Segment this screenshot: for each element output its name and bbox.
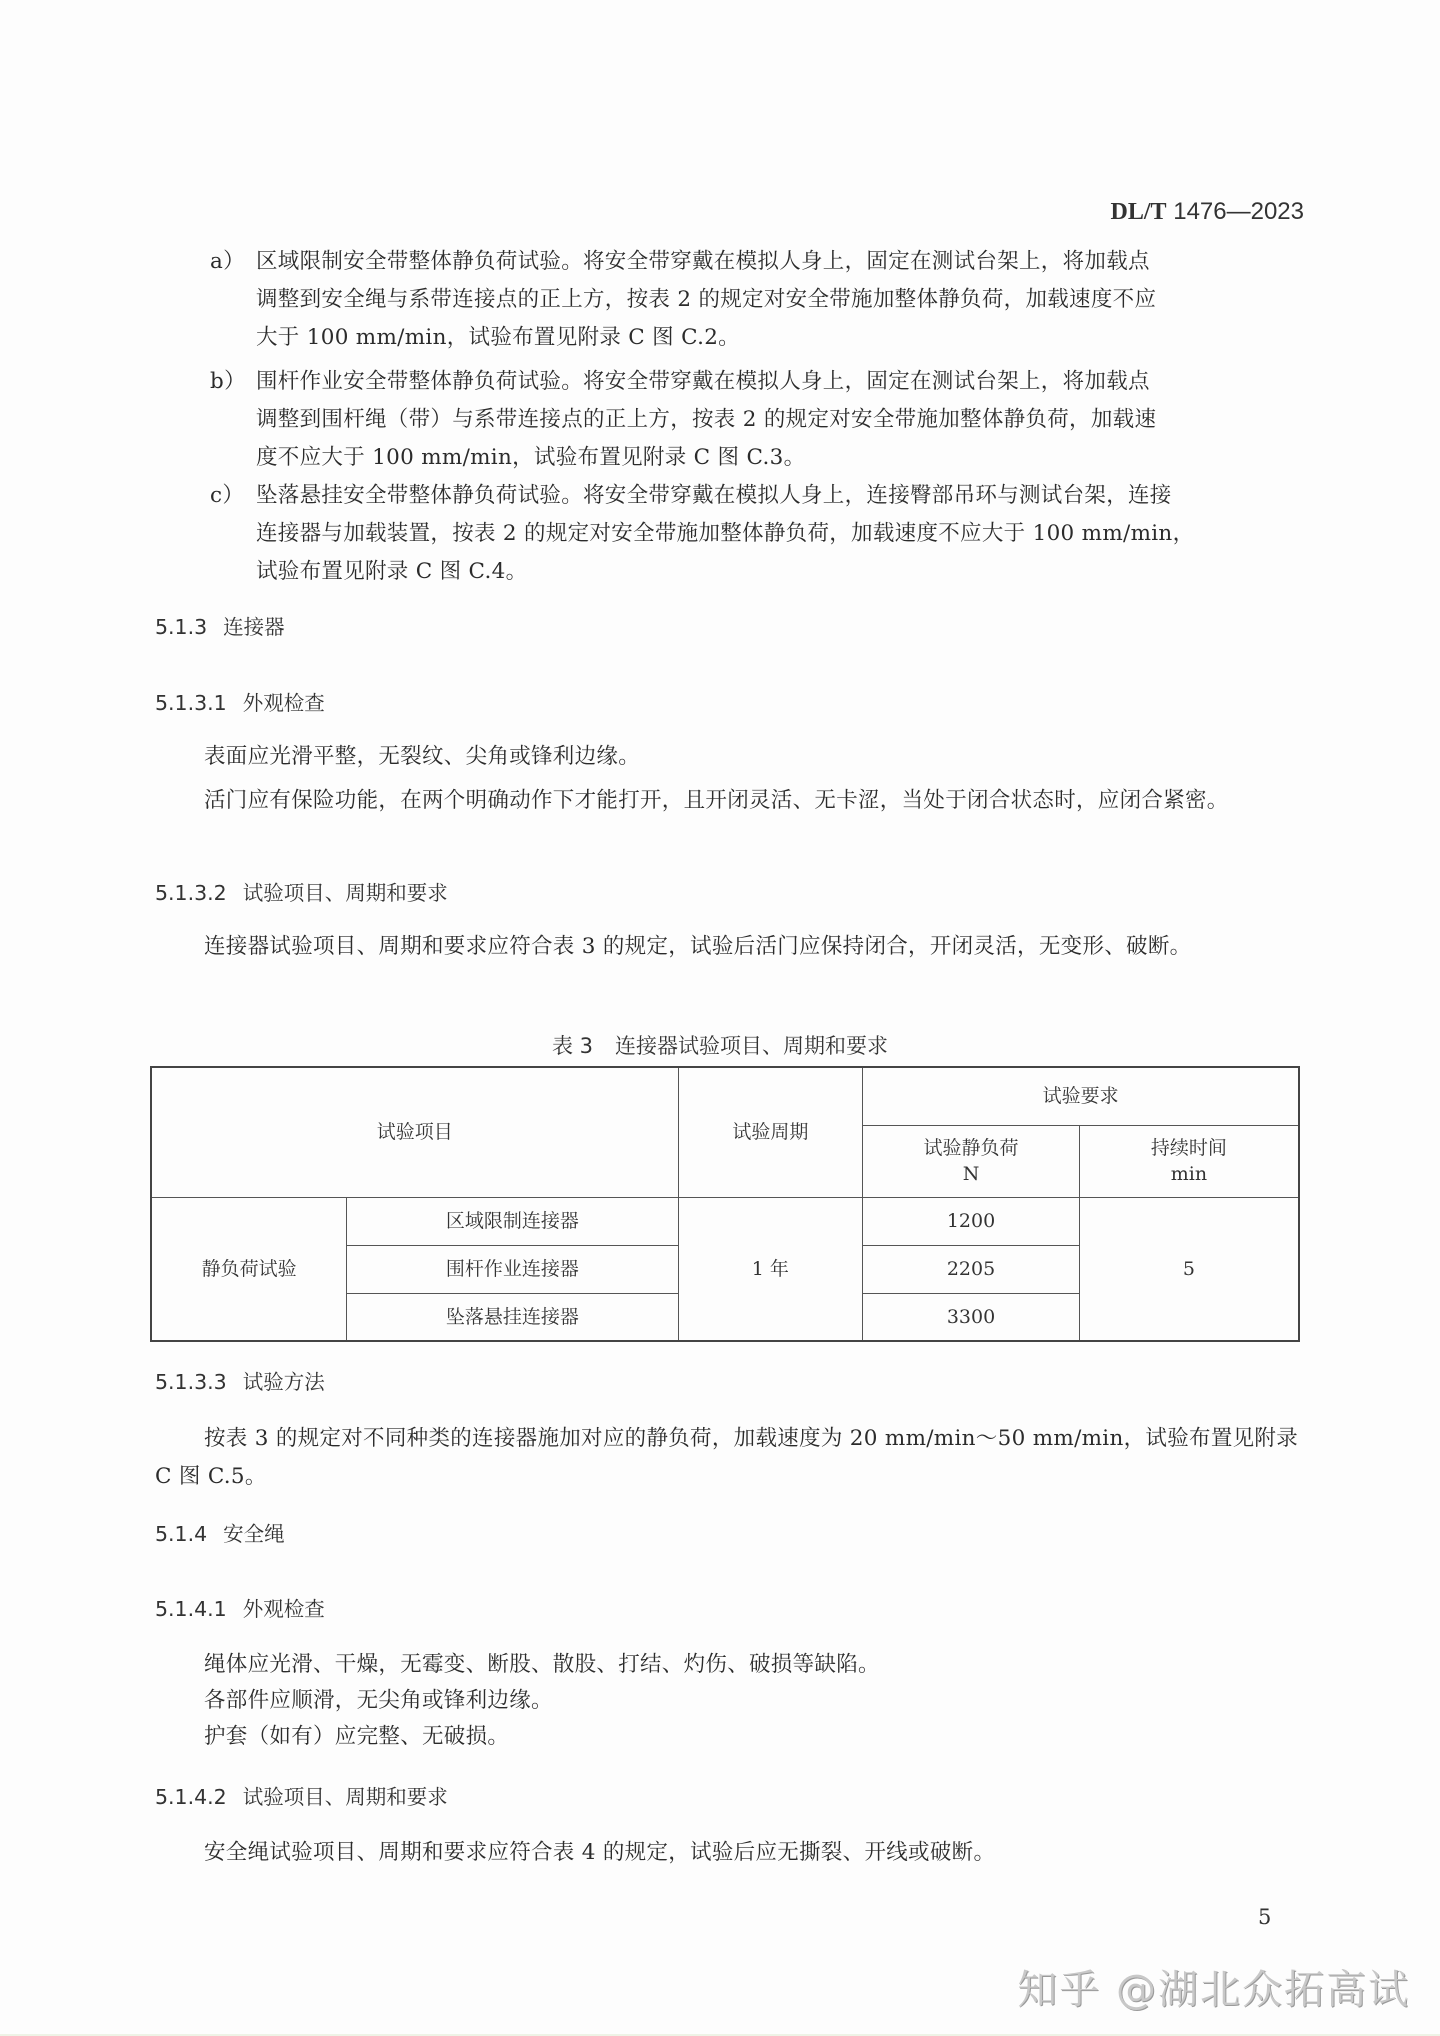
cell-connector-type: 坠落悬挂连接器: [347, 1293, 678, 1341]
cell-duration: 5: [1079, 1197, 1299, 1341]
cell-load: 2205: [863, 1245, 1080, 1293]
section-heading-5-1-3-2: 5.1.3.2试验项目、周期和要求: [155, 876, 448, 906]
table-row: 静负荷试验 区域限制连接器 1 年 1200 5: [151, 1197, 1299, 1245]
standard-number: 1476—2023: [1173, 198, 1304, 225]
section-heading-5-1-4-1: 5.1.4.1外观检查: [155, 1592, 325, 1622]
header-test-requirements: 试验要求: [863, 1067, 1299, 1125]
list-item-c: c） 坠落悬挂安全带整体静负荷试验。将安全带穿戴在模拟人身上，连接臀部吊环与测试…: [210, 477, 1310, 591]
list-item-b: b） 围杆作业安全带整体静负荷试验。将安全带穿戴在模拟人身上，固定在测试台架上，…: [210, 363, 1310, 477]
paragraph: 绳体应光滑、干燥，无霉变、断股、散股、打结、灼伤、破损等缺陷。: [204, 1646, 1354, 1684]
page-number: 5: [1258, 1905, 1271, 1929]
header-duration: 持续时间 min: [1079, 1125, 1299, 1197]
cell-connector-type: 区域限制连接器: [347, 1197, 678, 1245]
paragraph: 安全绳试验项目、周期和要求应符合表 4 的规定，试验后应无撕裂、开线或破断。: [204, 1834, 1354, 1872]
cell-load: 3300: [863, 1293, 1080, 1341]
list-item-a: a） 区域限制安全带整体静负荷试验。将安全带穿戴在模拟人身上，固定在测试台架上，…: [210, 243, 1310, 357]
paragraph: 活门应有保险功能，在两个明确动作下才能打开，且开闭灵活、无卡涩，当处于闭合状态时…: [155, 782, 1305, 820]
paragraph: 按表 3 的规定对不同种类的连接器施加对应的静负荷，加载速度为 20 mm/mi…: [155, 1420, 1305, 1496]
cell-group: 静负荷试验: [151, 1197, 347, 1341]
cell-load: 1200: [863, 1197, 1080, 1245]
section-heading-5-1-4-2: 5.1.4.2试验项目、周期和要求: [155, 1780, 448, 1810]
paragraph: 各部件应顺滑，无尖角或锋利边缘。: [204, 1682, 1354, 1720]
paragraph: 护套（如有）应完整、无破损。: [204, 1718, 1354, 1756]
cell-period: 1 年: [678, 1197, 863, 1341]
section-heading-5-1-3: 5.1.3连接器: [155, 610, 285, 640]
section-heading-5-1-4: 5.1.4安全绳: [155, 1517, 285, 1547]
header-test-item: 试验项目: [151, 1067, 678, 1197]
section-heading-5-1-3-3: 5.1.3.3试验方法: [155, 1365, 325, 1395]
paragraph: 连接器试验项目、周期和要求应符合表 3 的规定，试验后活门应保持闭合，开闭灵活，…: [155, 928, 1305, 966]
watermark: 知乎 @湖北众拓高试: [1017, 1958, 1410, 2015]
standard-code: DL/T 1476—2023: [1111, 198, 1304, 226]
table-title: 表 3连接器试验项目、周期和要求: [0, 1030, 1440, 1060]
header-test-period: 试验周期: [678, 1067, 863, 1197]
standard-prefix: DL/T: [1111, 199, 1167, 225]
table-3: 试验项目 试验周期 试验要求 试验静负荷 N 持续时间 min 静负荷试验 区域…: [150, 1066, 1300, 1342]
section-heading-5-1-3-1: 5.1.3.1外观检查: [155, 686, 325, 716]
cell-connector-type: 围杆作业连接器: [347, 1245, 678, 1293]
header-static-load: 试验静负荷 N: [863, 1125, 1080, 1197]
paragraph: 表面应光滑平整，无裂纹、尖角或锋利边缘。: [155, 738, 1305, 776]
